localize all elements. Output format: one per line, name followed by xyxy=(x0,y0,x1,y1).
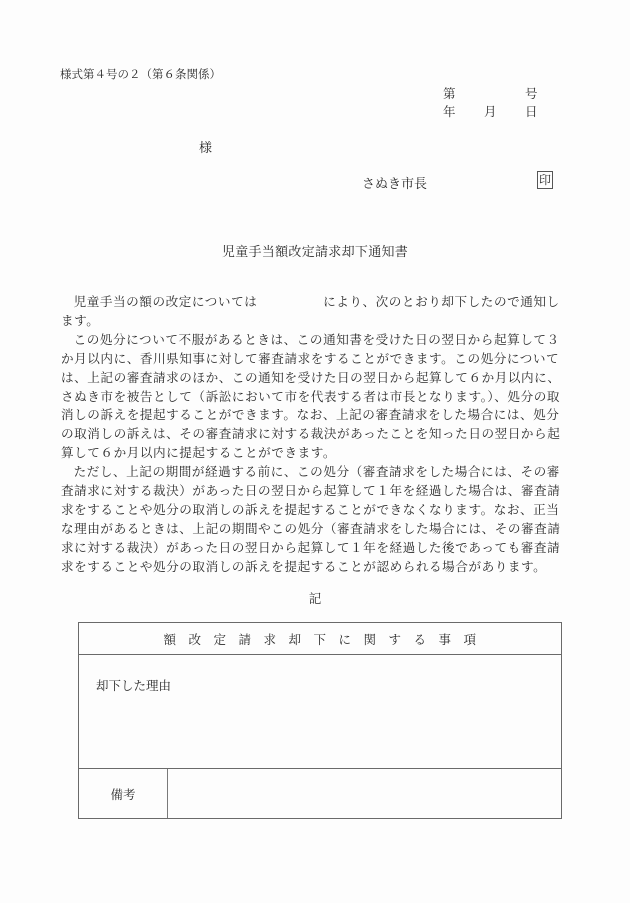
reason-label: 却下した理由 xyxy=(96,676,171,694)
remarks-field[interactable] xyxy=(169,769,561,818)
table-header: 額改定請求却下に関する事項 xyxy=(79,623,561,655)
date-month: 月 xyxy=(484,102,497,120)
ki-heading: 記 xyxy=(0,589,630,607)
reason-field[interactable] xyxy=(96,698,544,758)
issuer: さぬき市長 xyxy=(362,173,427,192)
document-title: 児童手当額改定請求却下通知書 xyxy=(0,241,630,260)
form-number: 様式第４号の２（第６条関係） xyxy=(60,66,221,82)
details-table: 額改定請求却下に関する事項 却下した理由 備考 xyxy=(78,622,562,819)
addressee: 様 xyxy=(199,137,212,156)
body-paragraph: ただし、上記の期間が経過する前に、この処分（審査請求をした場合には、その審査請求… xyxy=(61,463,571,576)
notice-body: 児童手当の額の改定については により、次のとおり却下したので通知します。 この処… xyxy=(61,293,571,577)
seal-stamp: 印 xyxy=(537,171,553,189)
doc-number-prefix: 第 xyxy=(443,84,456,102)
remarks-label: 備考 xyxy=(79,769,168,818)
body-paragraph: 児童手当の額の改定については により、次のとおり却下したので通知します。 xyxy=(61,293,571,331)
body-paragraph: この処分について不服があるときは、この通知書を受けた日の翌日から起算して３か月以… xyxy=(61,331,571,463)
remarks-row: 備考 xyxy=(79,768,561,818)
date-year: 年 xyxy=(443,102,456,120)
doc-number-suffix: 号 xyxy=(525,84,538,102)
date-day: 日 xyxy=(525,102,538,120)
